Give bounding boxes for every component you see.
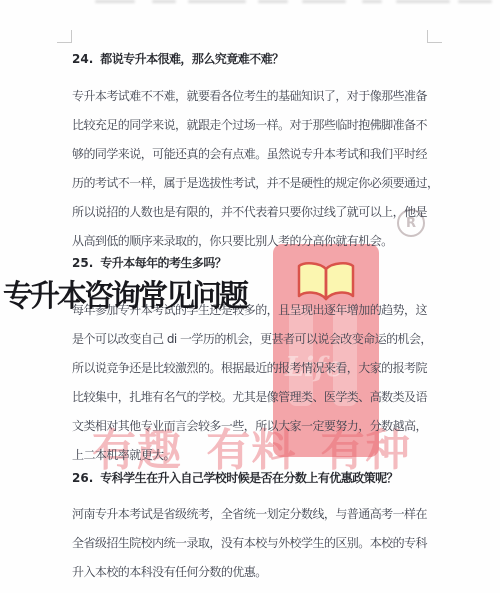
question-number: 25.	[72, 256, 93, 270]
question-text: 都说专升本很难，那么究竟难不难？	[100, 52, 283, 66]
margin-mark-left	[57, 42, 72, 43]
scan-smudge	[458, 0, 492, 3]
paragraph-line: 历的考试不一样，属于是选拔性考试，并不是硬性的规定你必须要通过，	[72, 169, 429, 198]
scan-smudge	[362, 0, 382, 3]
overlay-title: 专升本咨询常见问题	[3, 271, 246, 315]
paragraph-line: 够的同学来说，可能还真的会有点难。虽然说专升本考试和我们平时经	[72, 140, 429, 169]
answer-25-paragraph: 每年参加专升本考试的学生还是较多的，且呈现出逐年增加的趋势，这 是个可以改变自己…	[72, 296, 429, 470]
scan-smudge	[258, 0, 288, 3]
scan-smudge	[396, 0, 450, 3]
question-text: 专升本每年的考生多吗？	[100, 256, 226, 270]
scan-smudge	[95, 0, 135, 3]
margin-mark-right	[427, 42, 442, 43]
paragraph-line: 上二本机率就更大。	[72, 441, 429, 470]
scan-smudge	[302, 0, 346, 3]
question-25-heading: 25.专升本每年的考生多吗？	[72, 255, 442, 271]
answer-24-paragraph: 专升本考试难不不难，就要看各位考生的基础知识了，对于像那些准备 比较充足的同学来…	[72, 82, 429, 256]
paragraph-line: 专升本考试难不不难，就要看各位考生的基础知识了，对于像那些准备	[72, 82, 429, 111]
question-number: 26.	[72, 471, 93, 485]
paragraph-line: 所以说招的人数也是有限的，并不代表着只要你过线了就可以上，他是	[72, 198, 429, 227]
question-24-heading: 24.都说专升本很难，那么究竟难不难？	[72, 51, 442, 67]
paragraph-line: 比较集中，扎堆有名气的学校。尤其是像管理类、医学类、高数类及语	[72, 383, 429, 412]
document-page: Life R 有趣 有料 有种 24.都说专升本很难，那么究竟难不难？ 专升本考…	[0, 0, 500, 593]
question-26-heading: 26.专科学生在升入自己学校时候是否在分数上有优惠政策呢？	[72, 470, 442, 486]
paragraph-line: 是个可以改变自己 di 一学历的机会，更甚者可以说会改变命运的机会，	[72, 325, 429, 354]
paragraph-line: 从高到低的顺序来录取的，你只要比别人考的分高你就有机会。	[72, 227, 429, 256]
scan-smudge	[188, 0, 246, 3]
paragraph-line: 升入本校的本科没有任何分数的优惠。	[72, 558, 429, 587]
paragraph-line: 河南专升本考试是省级统考，全省统一划定分数线，与普通高考一样在	[72, 500, 429, 529]
paragraph-line: 所以说竞争还是比较激烈的。根据最近的报考情况来看，大家的报考院	[72, 354, 429, 383]
answer-26-paragraph: 河南专升本考试是省级统考，全省统一划定分数线，与普通高考一样在 全省级招生院校内…	[72, 500, 429, 587]
question-number: 24.	[72, 52, 93, 66]
scan-smudge	[152, 0, 176, 3]
paragraph-line: 全省级招生院校内统一录取，没有本校与外校学生的区别。本校的专科	[72, 529, 429, 558]
paragraph-line: 比较充足的同学来说，就跟走个过场一样。对于那些临时抱佛脚准备不	[72, 111, 429, 140]
question-text: 专科学生在升入自己学校时候是否在分数上有优惠政策呢？	[100, 471, 398, 485]
paragraph-line: 文类相对其他专业而言会较多一些，所以大家一定要努力，分数越高，	[72, 412, 429, 441]
